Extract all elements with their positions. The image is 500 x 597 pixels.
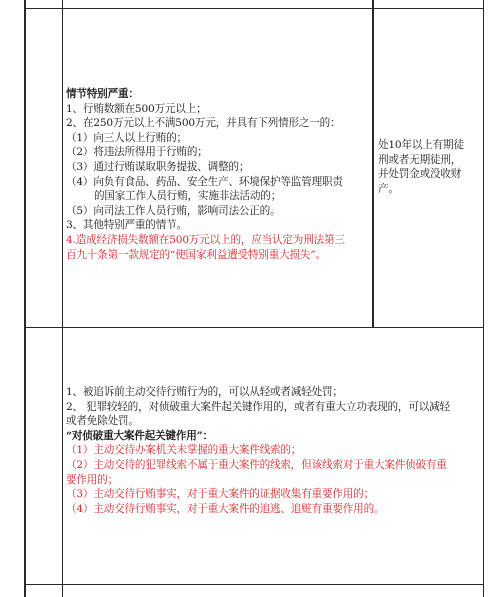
row1-penalty-cell: 处10年以上有期徒 刑或者无期徒刑， 并处罚金或没收财 产。 <box>378 138 464 196</box>
table-border-right <box>483 0 485 597</box>
penalty-line: 产。 <box>378 182 464 197</box>
criteria-line-highlight: 百九十条第一款规定的“使国家利益遭受特别重大损失”。 <box>66 248 345 263</box>
penalty-line: 处10年以上有期徒 <box>378 138 464 153</box>
table-row-divider-bottom <box>24 584 484 586</box>
criteria-line: （2）将违法所得用于行贿的； <box>66 145 345 160</box>
table-row-divider-middle <box>24 327 484 329</box>
criteria-line-highlight: 要作用的； <box>66 473 450 488</box>
penalty-line: 刑或者无期徒刑， <box>378 153 464 168</box>
criteria-heading: 情节特别严重： <box>66 87 345 102</box>
criteria-line-highlight: （4）主动交待行贿事实，对于重大案件的追逃、追赃有重要作用的。 <box>66 502 450 517</box>
row1-criteria-cell: 情节特别严重： 1、行贿数额在500万元以上； 2、在250万元以上不满500万… <box>66 87 345 262</box>
criteria-line: 的国家工作人员行贿，实施非法活动的； <box>66 189 345 204</box>
row2-criteria-cell: 1、被追诉前主动交待行贿行为的，可以从轻或者减轻处罚； 2、 犯罪较轻的，对侦破… <box>66 385 450 516</box>
criteria-line: 3、其他特别严重的情节。 <box>66 218 345 233</box>
criteria-line: （1）向三人以上行贿的； <box>66 131 345 146</box>
table-column-divider-1 <box>62 0 64 597</box>
criteria-line-highlight: （3）主动交待行贿事实，对于重大案件的证据收集有重要作用的； <box>66 487 450 502</box>
criteria-line-highlight: （2）主动交待的犯罪线索不属于重大案件的线索，但该线索对于重大案件侦破有重 <box>66 458 450 473</box>
criteria-line-highlight: （1）主动交待办案机关未掌握的重大案件线索的； <box>66 443 450 458</box>
table-border-left <box>24 0 26 597</box>
criteria-line: （5）向司法工作人员行贿，影响司法公正的。 <box>66 204 345 219</box>
criteria-line: 2、 犯罪较轻的，对侦破重大案件起关键作用的，或者有重大立功表现的，可以减轻 <box>66 400 450 415</box>
penalty-line: 并处罚金或没收财 <box>378 167 464 182</box>
criteria-line: 2、在250万元以上不满500万元，并具有下列情形之一的： <box>66 116 345 131</box>
criteria-line: （3）通过行贿谋取职务提拔、调整的； <box>66 160 345 175</box>
table-column-divider-2 <box>372 0 374 327</box>
criteria-line-highlight: 4.造成经济损失数额在500万元以上的，应当认定为刑法第三 <box>66 233 345 248</box>
criteria-line: 1、行贿数额在500万元以上； <box>66 102 345 117</box>
table-row-divider-top <box>24 8 484 10</box>
criteria-subheading: “对侦破重大案件起关键作用”： <box>66 429 450 444</box>
criteria-line: 或者免除处罚。 <box>66 414 450 429</box>
criteria-line: 1、被追诉前主动交待行贿行为的，可以从轻或者减轻处罚； <box>66 385 450 400</box>
criteria-line: （4）向负有食品、药品、安全生产、环境保护等监管理职责 <box>66 175 345 190</box>
